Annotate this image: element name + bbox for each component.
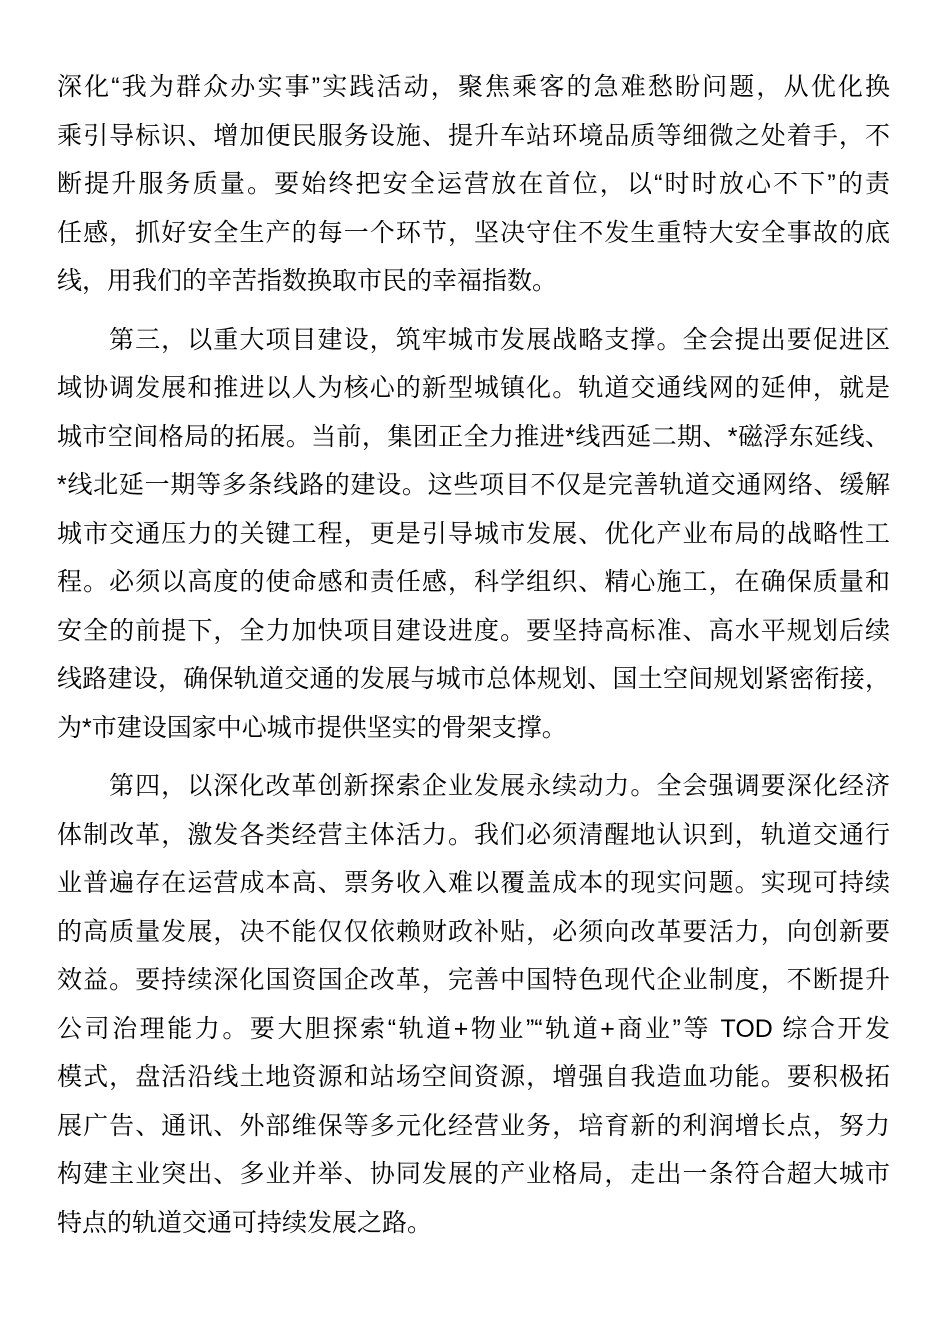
text-line: 体制改革，激发各类经营主体活力。我们必须清醒地认识到，轨道交通行 [57, 811, 890, 860]
text-line: 的高质量发展，决不能仅仅依赖财政补贴，必须向改革要活力，向创新要 [57, 908, 890, 957]
text-line: 第三，以重大项目建设，筑牢城市发展战略支撑。全会提出要促进区 [57, 316, 890, 365]
text-line: 域协调发展和推进以人为核心的新型城镇化。轨道交通线网的延伸，就是 [57, 364, 890, 413]
text-line: *线北延一期等多条线路的建设。这些项目不仅是完善轨道交通网络、缓解 [57, 461, 890, 510]
text-line: 深化“我为群众办实事”实践活动，聚焦乘客的急难愁盼问题，从优化换 [57, 63, 890, 112]
text-line: 模式，盘活沿线土地资源和站场空间资源，增强自我造血功能。要积极拓 [57, 1053, 890, 1102]
page-body: 深化“我为群众办实事”实践活动，聚焦乘客的急难愁盼问题，从优化换 乘引导标识、增… [0, 0, 950, 1247]
text-line: 业普遍存在运营成本高、票务收入难以覆盖成本的现实问题。实现可持续 [57, 859, 890, 908]
text-line: 公司治理能力。要大胆探索“轨道+物业”“轨道+商业”等 TOD 综合开发 [57, 1005, 890, 1054]
text-line: 展广告、通讯、外部维保等多元化经营业务，培育新的利润增长点，努力 [57, 1102, 890, 1151]
text-line: 城市交通压力的关键工程，更是引导城市发展、优化产业布局的战略性工 [57, 510, 890, 559]
paragraph: 第四，以深化改革创新探索企业发展永续动力。全会强调要深化经济 体制改革，激发各类… [57, 762, 890, 1247]
text-line: 特点的轨道交通可持续发展之路。 [57, 1199, 890, 1248]
text-line: 任感，抓好安全生产的每一个环节，坚决守住不发生重特大安全事故的底 [57, 209, 890, 258]
paragraph: 深化“我为群众办实事”实践活动，聚焦乘客的急难愁盼问题，从优化换 乘引导标识、增… [57, 63, 890, 306]
text-line: 效益。要持续深化国资国企改革，完善中国特色现代企业制度，不断提升 [57, 956, 890, 1005]
text-line: 为*市建设国家中心城市提供坚实的骨架支撑。 [57, 704, 890, 753]
text-line: 安全的前提下，全力加快项目建设进度。要坚持高标准、高水平规划后续 [57, 607, 890, 656]
text-line: 第四，以深化改革创新探索企业发展永续动力。全会强调要深化经济 [57, 762, 890, 811]
text-line: 线路建设，确保轨道交通的发展与城市总体规划、国土空间规划紧密衔接， [57, 655, 890, 704]
text-line: 线，用我们的辛苦指数换取市民的幸福指数。 [57, 257, 890, 306]
text-line: 程。必须以高度的使命感和责任感，科学组织、精心施工，在确保质量和 [57, 558, 890, 607]
text-line: 乘引导标识、增加便民服务设施、提升车站环境品质等细微之处着手，不 [57, 112, 890, 161]
text-line: 构建主业突出、多业并举、协同发展的产业格局，走出一条符合超大城市 [57, 1150, 890, 1199]
paragraph: 第三，以重大项目建设，筑牢城市发展战略支撑。全会提出要促进区 域协调发展和推进以… [57, 316, 890, 753]
document-page: { "page": { "background_color": "#ffffff… [0, 0, 950, 1344]
text-line: 断提升服务质量。要始终把安全运营放在首位，以“时时放心不下”的责 [57, 160, 890, 209]
text-line: 城市空间格局的拓展。当前，集团正全力推进*线西延二期、*磁浮东延线、 [57, 413, 890, 462]
